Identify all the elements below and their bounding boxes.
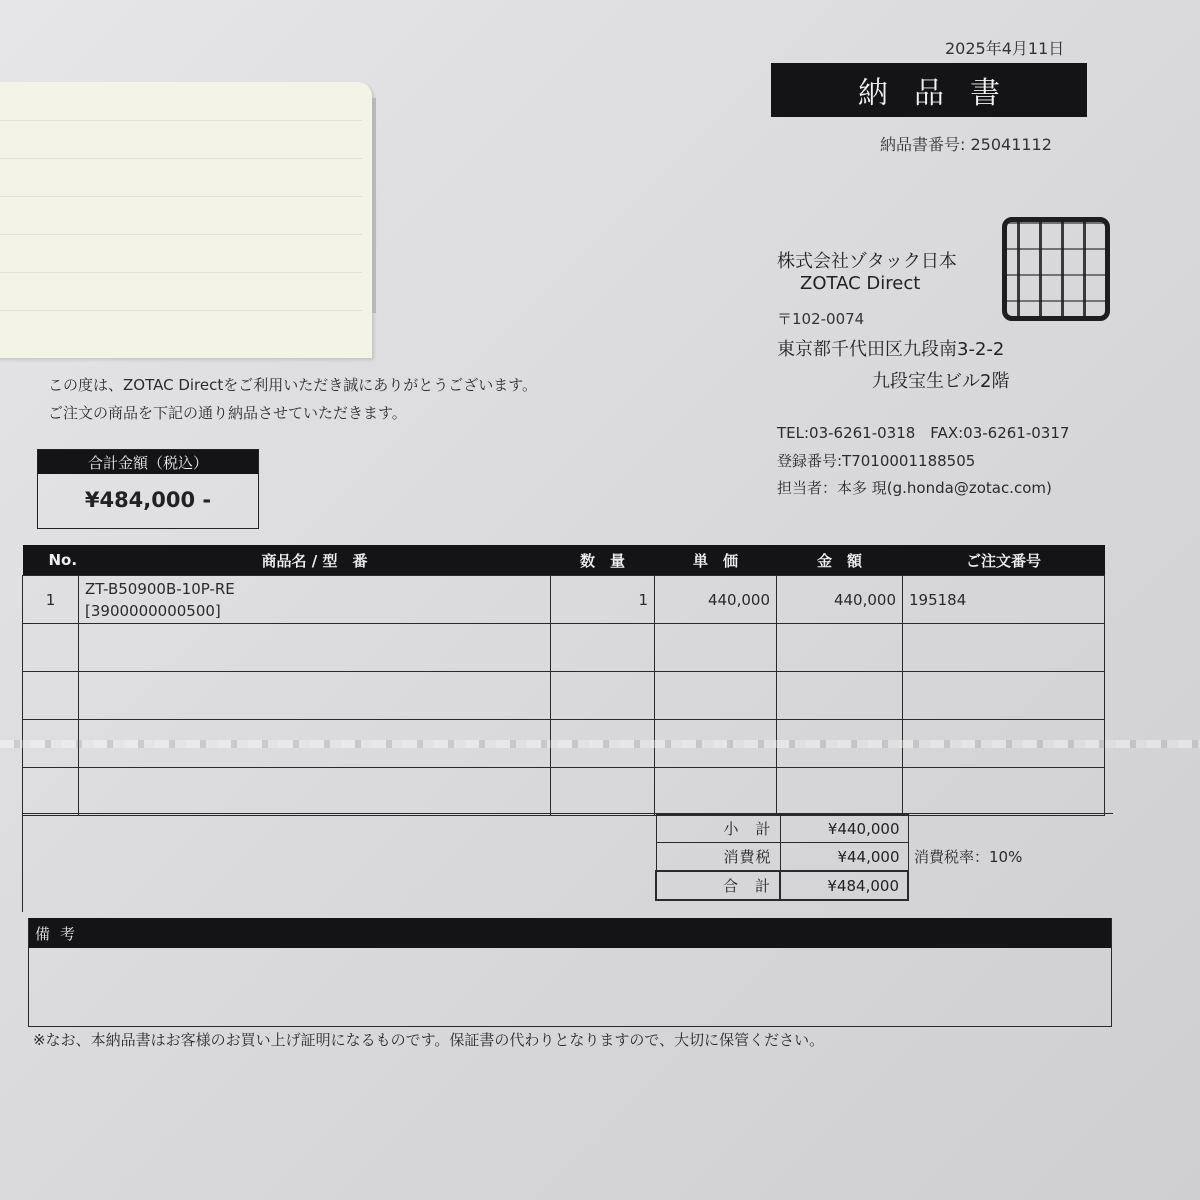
row-amount: 440,000 [777,576,903,624]
subtotal-label: 小 計 [656,815,780,843]
envelope-window-edge [372,98,376,313]
issuer-address-line1: 東京都千代田区九段南3-2-2 [777,335,1004,361]
total-amount-value: ¥484,000 - [38,474,258,526]
empty-cell [655,672,777,720]
row-no: 1 [23,576,79,624]
col-header-unit-price: 単 価 [655,545,777,576]
greeting-line-2: ご注文の商品を下記の通り納品させていただきます。 [48,402,407,423]
issuer-tel-fax: TEL:03-6261-0318 FAX:03-6261-0317 [777,422,1069,443]
row-order-number: 195184 [903,576,1105,624]
paper-fold-crease [0,740,1200,748]
row-unit-price: 440,000 [655,576,777,624]
empty-cell [903,672,1105,720]
empty-cell [655,624,777,672]
table-row-empty [23,768,1105,816]
col-header-no: No. [23,545,79,576]
empty-cell [79,768,551,816]
document-number: 納品書番号: 25041112 [880,132,1052,155]
envelope-window-label [0,82,372,358]
row-product-name: ZT-B50900B-10P-RE [85,578,544,600]
grand-total-row: 合 計 ¥484,000 [656,871,908,900]
empty-cell [79,672,551,720]
summary-table: 小 計 ¥440,000 消費税 ¥44,000 合 計 ¥484,000 [655,814,909,901]
table-row: 1 ZT-B50900B-10P-RE [3900000000500] 1 44… [23,576,1105,624]
total-amount-box: 合計金額（税込） ¥484,000 - [37,449,259,529]
greeting-line-1: この度は、ZOTAC Directをご利用いただき誠にありがとうございます。 [48,374,537,395]
tax-value: ¥44,000 [780,843,908,872]
col-header-order-number: ご注文番号 [903,545,1105,576]
empty-cell [777,672,903,720]
tax-label: 消費税 [656,843,780,872]
issuer-address-line2: 九段宝生ビル2階 [872,367,1009,393]
tax-rate: 消費税率：10% [914,846,1022,867]
empty-cell [551,672,655,720]
empty-cell [23,768,79,816]
row-product-code: [3900000000500] [85,600,544,622]
table-header-row: No. 商品名 / 型 番 数 量 単 価 金 額 ご注文番号 [23,545,1105,576]
empty-cell [777,768,903,816]
total-amount-label: 合計金額（税込） [38,450,258,474]
empty-cell [79,624,551,672]
table-row-empty [23,624,1105,672]
issuer-company-name: 株式会社ゾタック日本 [777,247,957,273]
items-table: No. 商品名 / 型 番 数 量 単 価 金 額 ご注文番号 1 ZT-B50… [22,545,1104,816]
issuer-registration-number: 登録番号:T7010001188505 [777,450,975,471]
company-seal-icon [1002,217,1110,321]
empty-cell [23,624,79,672]
empty-cell [777,624,903,672]
row-product: ZT-B50900B-10P-RE [3900000000500] [79,576,551,624]
empty-cell [551,768,655,816]
col-header-quantity: 数 量 [551,545,655,576]
issuer-postal-code: 〒102-0074 [777,308,864,329]
grand-total-label: 合 計 [656,871,780,900]
remarks-section: 備考 [28,918,1112,1027]
footnote: ※なお、本納品書はお客様のお買い上げ証明になるものです。保証書の代わりとなります… [33,1029,824,1050]
empty-cell [655,768,777,816]
document-title: 納品書 [771,63,1087,117]
subtotal-value: ¥440,000 [780,815,908,843]
empty-cell [23,672,79,720]
empty-cell [903,624,1105,672]
remarks-label: 備考 [29,918,1111,948]
issuer-brand-name: ZOTAC Direct [800,273,920,294]
empty-cell [903,768,1105,816]
issue-date: 2025年4月11日 [945,36,1064,59]
empty-cell [551,624,655,672]
col-header-product: 商品名 / 型 番 [79,545,551,576]
row-quantity: 1 [551,576,655,624]
table-row-empty [23,672,1105,720]
col-header-amount: 金 額 [777,545,903,576]
grand-total-value: ¥484,000 [780,871,908,900]
issuer-contact-person: 担当者：本多 現(g.honda@zotac.com) [777,477,1052,498]
subtotal-row: 小 計 ¥440,000 [656,815,908,843]
tax-row: 消費税 ¥44,000 [656,843,908,872]
